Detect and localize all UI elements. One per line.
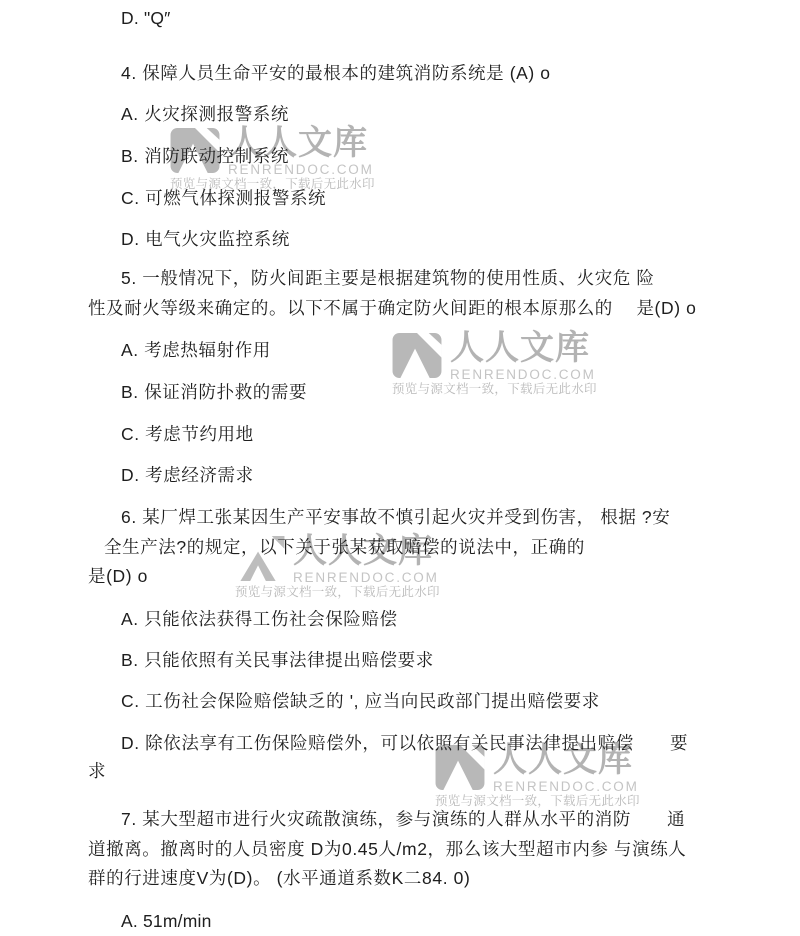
question-6-line-3: 是(D) o bbox=[88, 566, 148, 586]
question-7-line-3: 群的行进速度V为(D)。 (水平通道系数K二84. 0) bbox=[88, 868, 470, 888]
option-5-d: D. 考虑经济需求 bbox=[121, 465, 254, 485]
watermark-tagline: 预览与源文档一致，下载后无此水印 bbox=[235, 586, 440, 599]
option-4-b: B. 消防联动控制系统 bbox=[121, 146, 289, 166]
watermark-tagline: 预览与源文档一致，下载后无此水印 bbox=[392, 383, 597, 396]
question-4: 4. 保障人员生命平安的最根本的建筑消防系统是 (A) o bbox=[121, 63, 551, 83]
option-7-a: A. 51m/min bbox=[121, 911, 212, 931]
option-6-b: B. 只能依照有关民事法律提出赔偿要求 bbox=[121, 650, 434, 670]
option-3-d: D. "Q″ bbox=[121, 8, 171, 28]
option-6-a: A. 只能依法获得工伤社会保险赔偿 bbox=[121, 609, 398, 629]
option-6-d: D. 除依法享有工伤保险赔偿外，可以依照有关民事法律提出赔偿 要 bbox=[121, 733, 688, 753]
question-7-line-2: 道撤离。撤离时的人员密度 D为0.45人/m2，那么该大型超市内参 与演练人 bbox=[88, 839, 686, 859]
watermark-tagline: 预览与源文档一致，下载后无此水印 bbox=[435, 795, 640, 808]
option-5-b: B. 保证消防扑救的需要 bbox=[121, 382, 307, 402]
option-4-a: A. 火灾探测报警系统 bbox=[121, 104, 289, 124]
renrendoc-watermark: 人人文库 RENRENDOC.COM 预览与源文档一致，下载后无此水印 bbox=[392, 331, 602, 397]
question-6-line-1: 6. 某厂焊工张某因生产平安事故不慎引起火灾并受到伤害， 根据 ?安 bbox=[121, 507, 670, 527]
question-6-line-2: 全生产法?的规定，以下关于张某获取赔偿的说法中，正确的 bbox=[104, 537, 585, 557]
watermark-brand: 人人文库 bbox=[450, 332, 590, 366]
question-5-line-2: 性及耐火等级来确定的。以下不属于确定防火间距的根本原那么的 是(D) o bbox=[88, 298, 696, 318]
option-6-d-cont: 求 bbox=[88, 761, 106, 781]
renrendoc-logo-icon bbox=[392, 333, 442, 378]
option-4-c: C. 可燃气体探测报警系统 bbox=[121, 188, 326, 208]
option-4-d: D. 电气火灾监控系统 bbox=[121, 229, 290, 249]
watermark-domain: RENRENDOC.COM bbox=[450, 368, 596, 382]
option-5-c: C. 考虑节约用地 bbox=[121, 424, 254, 444]
option-5-a: A. 考虑热辐射作用 bbox=[121, 340, 271, 360]
watermark-domain: RENRENDOC.COM bbox=[493, 780, 639, 794]
question-7-line-1: 7. 某大型超市进行火灾疏散演练，参与演练的人群从水平的消防 通 bbox=[121, 809, 685, 829]
question-5-line-1: 5. 一般情况下，防火间距主要是根据建筑物的使用性质、火灾危 险 bbox=[121, 268, 655, 288]
option-6-c: C. 工伤社会保险赔偿缺乏的 ', 应当向民政部门提出赔偿要求 bbox=[121, 691, 600, 711]
document-page: 人人文库 RENRENDOC.COM 预览与源文档一致，下载后无此水印 人人文库… bbox=[0, 0, 800, 936]
watermark-domain: RENRENDOC.COM bbox=[293, 571, 439, 585]
